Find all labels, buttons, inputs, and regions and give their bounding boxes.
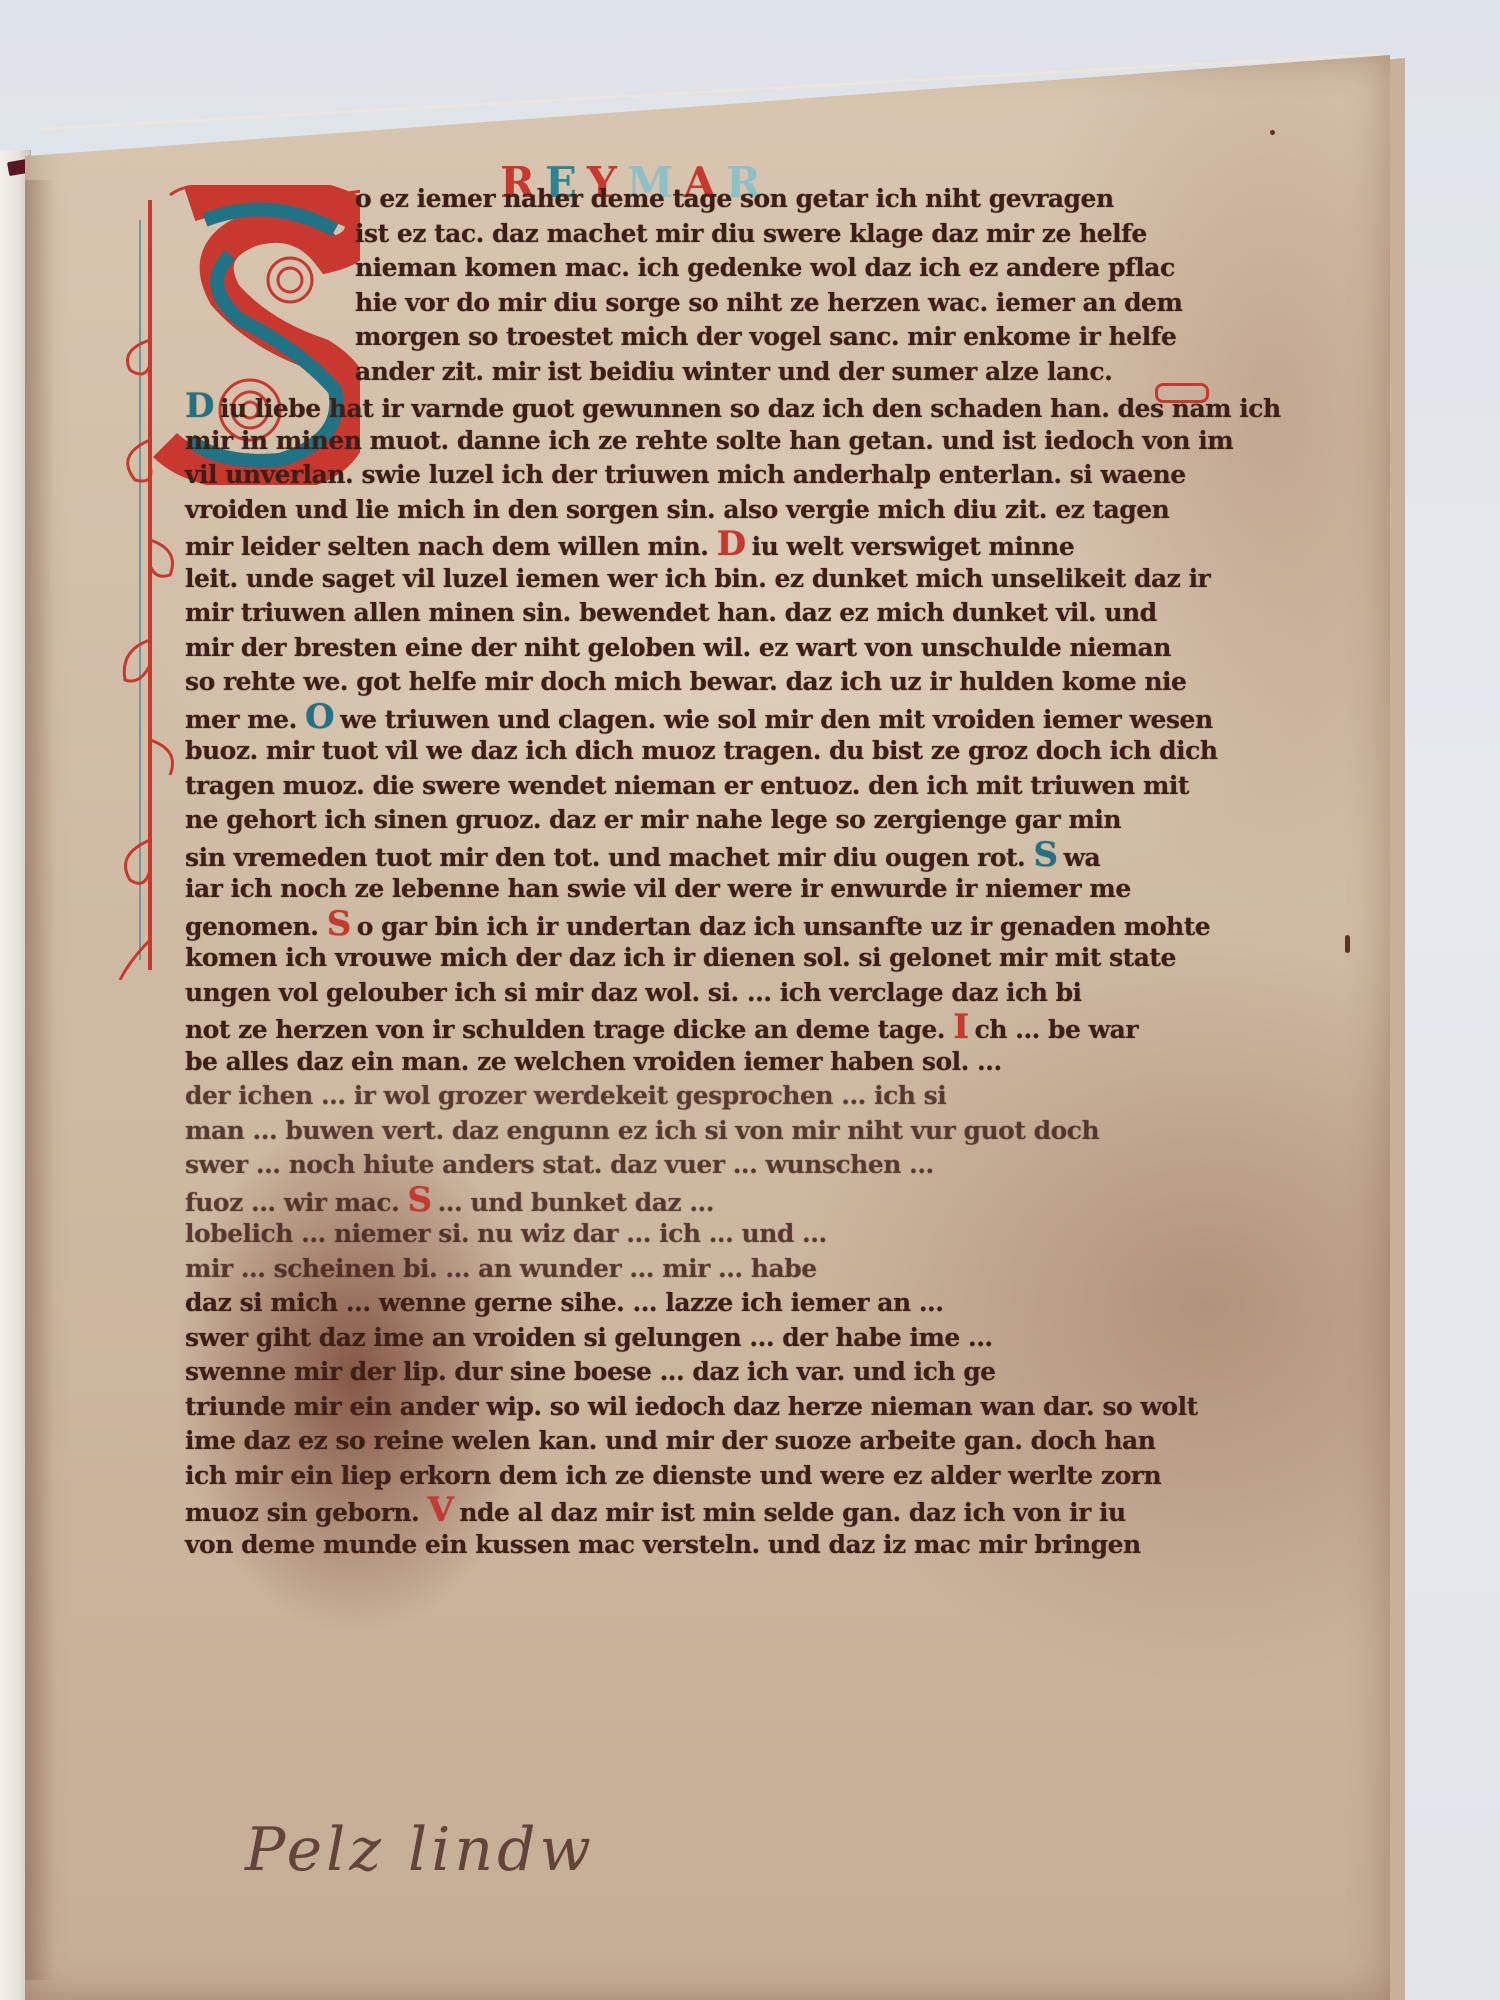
text-line: vil unverlan. swie luzel ich der triuwen… [185, 458, 1355, 493]
text-line: triunde mir ein ander wip. so wil iedoch… [185, 1390, 1355, 1425]
text-line: ungen vol gelouber ich si mir daz wol. s… [185, 976, 1355, 1011]
section-initial: O [305, 697, 334, 737]
text-line: der ichen ... ir wol grozer werdekeit ge… [185, 1079, 1355, 1114]
text-line: ist ez tac. daz machet mir diu swere kla… [185, 217, 1355, 252]
text-line: be alles daz ein man. ze welchen vroiden… [185, 1045, 1355, 1080]
text-line: swenne mir der lip. dur sine boese ... d… [185, 1355, 1355, 1390]
text-line: not ze herzen von ir schulden trage dick… [185, 1010, 1355, 1045]
text-line: mer me. Owe triuwen und clagen. wie sol … [185, 700, 1355, 735]
text-line: hie vor do mir diu sorge so niht ze herz… [185, 286, 1355, 321]
section-initial: S [408, 1180, 432, 1220]
section-initial: S [1033, 835, 1057, 875]
text-line: von deme munde ein kussen mac versteln. … [185, 1528, 1355, 1563]
text-line: daz si mich ... wenne gerne sihe. ... la… [185, 1286, 1355, 1321]
section-initial: S [327, 904, 351, 944]
text-line: tragen muoz. die swere wendet nieman er … [185, 769, 1355, 804]
text-line: ime daz ez so reine welen kan. und mir d… [185, 1424, 1355, 1459]
page-left-wear [25, 180, 55, 1980]
text-line: mir leider selten nach dem willen min. D… [185, 527, 1355, 562]
text-line: Diu liebe hat ir varnde guot gewunnen so… [185, 389, 1355, 424]
text-line: so rehte we. got helfe mir doch mich bew… [185, 665, 1355, 700]
handwritten-signature: Pelz lindw [245, 1815, 595, 1885]
section-initial: V [427, 1490, 453, 1530]
text-line: genomen. So gar bin ich ir undertan daz … [185, 907, 1355, 942]
section-initial: D [185, 386, 214, 426]
text-line: fuoz ... wir mac. S... und bunket daz ..… [185, 1183, 1355, 1218]
text-line: leit. unde saget vil luzel iemen wer ich… [185, 562, 1355, 597]
manuscript-text-block: o ez iemer naher deme tage son getar ich… [185, 182, 1355, 1562]
text-line: ander zit. mir ist beidiu winter und der… [185, 355, 1355, 390]
text-line: nieman komen mac. ich gedenke wol daz ic… [185, 251, 1355, 286]
text-line: ne gehort ich sinen gruoz. daz er mir na… [185, 803, 1355, 838]
text-line: muoz sin geborn. Vnde al daz mir ist min… [185, 1493, 1355, 1528]
border-vine-ornament-icon [95, 200, 175, 980]
text-line: mir in minen muot. danne ich ze rehte so… [185, 424, 1355, 459]
section-initial: D [717, 524, 746, 564]
text-line: lobelich ... niemer si. nu wiz dar ... i… [185, 1217, 1355, 1252]
text-line: swer ... noch hiute anders stat. daz vue… [185, 1148, 1355, 1183]
text-line: o ez iemer naher deme tage son getar ich… [185, 182, 1355, 217]
text-line: man ... buwen vert. daz engunn ez ich si… [185, 1114, 1355, 1149]
text-line: morgen so troestet mich der vogel sanc. … [185, 320, 1355, 355]
text-line: mir triuwen allen minen sin. bewendet ha… [185, 596, 1355, 631]
text-line: buoz. mir tuot vil we daz ich dich muoz … [185, 734, 1355, 769]
text-line: mir der bresten eine der niht geloben wi… [185, 631, 1355, 666]
ink-speck [1345, 935, 1350, 953]
text-line: ich mir ein liep erkorn dem ich ze diens… [185, 1459, 1355, 1494]
section-initial: I [953, 1007, 968, 1047]
text-line: swer giht daz ime an vroiden si gelungen… [185, 1321, 1355, 1356]
text-line: komen ich vrouwe mich der daz ich ir die… [185, 941, 1355, 976]
text-line: sin vremeden tuot mir den tot. und mache… [185, 838, 1355, 873]
text-line: iar ich noch ze lebenne han swie vil der… [185, 872, 1355, 907]
text-line: vroiden und lie mich in den sorgen sin. … [185, 493, 1355, 528]
ink-speck [1270, 130, 1275, 135]
text-line: mir ... scheinen bi. ... an wunder ... m… [185, 1252, 1355, 1287]
